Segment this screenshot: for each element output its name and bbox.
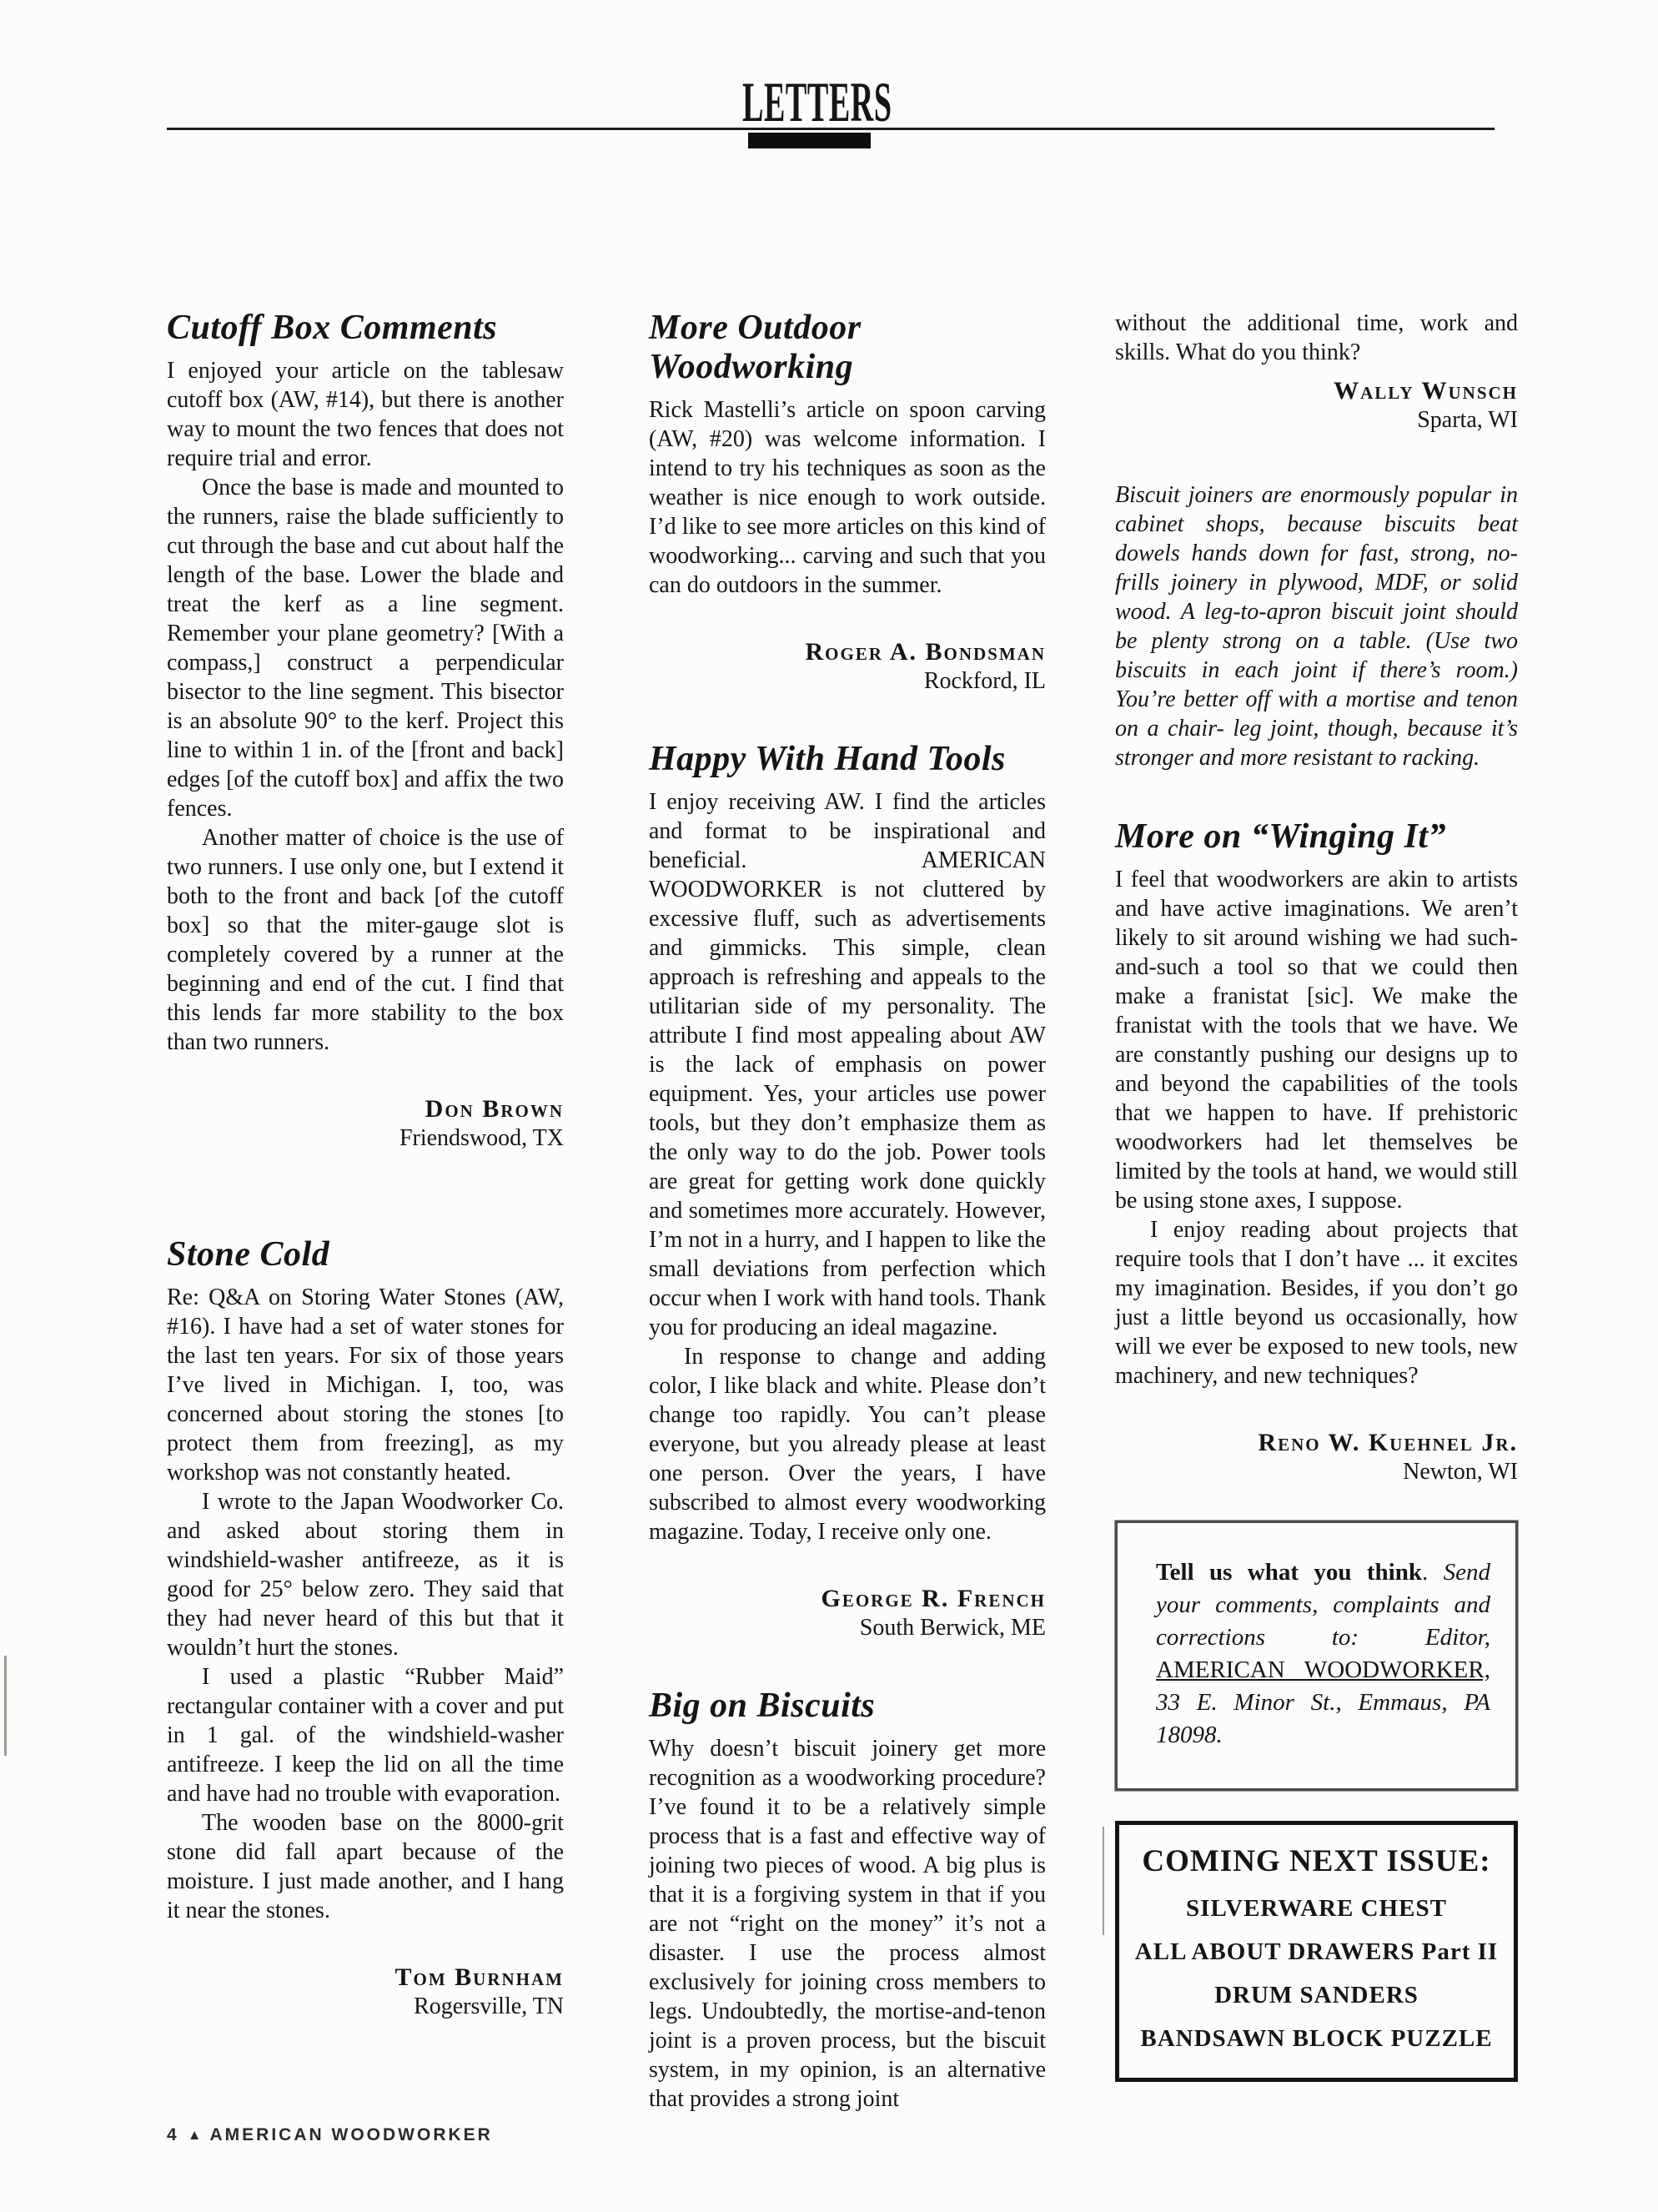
letter-paragraph: Rick Mastelli’s article on spoon carving… bbox=[649, 395, 1046, 600]
feedback-text: Tell us what you think. Send your commen… bbox=[1156, 1556, 1490, 1752]
letter-paragraph: In response to change and adding color, … bbox=[649, 1342, 1046, 1546]
letter-heading: Happy With Hand Tools bbox=[649, 740, 1046, 779]
letter-paragraph: Another matter of choice is the use of t… bbox=[167, 823, 564, 1057]
byline-name: Wally Wunsch bbox=[1115, 377, 1518, 405]
feedback-text-segment: AMERICAN WOODWORKER, bbox=[1156, 1656, 1490, 1683]
byline-city: South Berwick, ME bbox=[649, 1615, 1046, 1641]
column-1: Cutoff Box CommentsI enjoyed your articl… bbox=[167, 309, 564, 2020]
triangle-icon: ▲ bbox=[188, 2127, 202, 2144]
letter-paragraph: I enjoyed your article on the tablesaw c… bbox=[167, 356, 564, 473]
coming-next-issue-item: SILVERWARE CHEST bbox=[1126, 1895, 1507, 1923]
coming-next-issue-box: COMING NEXT ISSUE:SILVERWARE CHESTALL AB… bbox=[1115, 1821, 1518, 2082]
page-number: 4 bbox=[167, 2125, 179, 2145]
letter-paragraph: without the additional time, work and sk… bbox=[1115, 309, 1518, 367]
editor-reply: Biscuit joiners are enormously popular i… bbox=[1115, 480, 1518, 772]
letter-paragraph: I wrote to the Japan Woodworker Co. and … bbox=[167, 1487, 564, 1662]
header-rule bbox=[167, 128, 1495, 130]
byline-city: Rockford, IL bbox=[649, 668, 1046, 695]
byline-name: Roger A. Bondsman bbox=[649, 638, 1046, 666]
letter-heading: More Outdoor Woodworking bbox=[649, 309, 1046, 387]
feedback-box: Tell us what you think. Send your commen… bbox=[1115, 1521, 1518, 1791]
letter-paragraph: I feel that woodworkers are akin to arti… bbox=[1115, 865, 1518, 1215]
letter-heading: More on “Winging It” bbox=[1115, 817, 1518, 857]
byline-name: Reno W. Kuehnel Jr. bbox=[1115, 1429, 1518, 1457]
byline: George R. FrenchSouth Berwick, ME bbox=[649, 1585, 1046, 1641]
letter-paragraph: Re: Q&A on Storing Water Stones (AW, #16… bbox=[167, 1283, 564, 1487]
feedback-text-segment: . bbox=[1422, 1559, 1444, 1586]
byline-name: Don Brown bbox=[167, 1095, 564, 1124]
column-2: More Outdoor WoodworkingRick Mastelli’s … bbox=[649, 309, 1046, 2114]
byline-city: Friendswood, TX bbox=[167, 1125, 564, 1152]
scan-artifact-line bbox=[1103, 1827, 1104, 1935]
page-footer: 4 ▲ AMERICAN WOODWORKER bbox=[167, 2125, 493, 2145]
page-title: LETTERS bbox=[742, 73, 892, 130]
byline-name: George R. French bbox=[649, 1585, 1046, 1613]
letter-paragraph: I used a plastic “Rubber Maid” rectangul… bbox=[167, 1662, 564, 1808]
byline: Don BrownFriendswood, TX bbox=[167, 1095, 564, 1152]
letter-paragraph: I enjoy receiving AW. I find the article… bbox=[649, 787, 1046, 1342]
coming-next-issue-item: DRUM SANDERS bbox=[1126, 1982, 1507, 2009]
letter-paragraph: Once the base is made and mounted to the… bbox=[167, 473, 564, 823]
byline-name: Tom Burnham bbox=[167, 1963, 564, 1992]
letter-paragraph: Why doesn’t biscuit joinery get more rec… bbox=[649, 1734, 1046, 2114]
coming-next-issue-item: BANDSAWN BLOCK PUZZLE bbox=[1126, 2025, 1507, 2053]
byline: Wally WunschSparta, WI bbox=[1115, 377, 1518, 434]
letter-paragraph: I enjoy reading about projects that requ… bbox=[1115, 1215, 1518, 1390]
magazine-page: LETTERS Cutoff Box CommentsI enjoyed you… bbox=[0, 0, 1658, 2212]
letter-paragraph: The wooden base on the 8000-grit stone d… bbox=[167, 1808, 564, 1925]
column-3: without the additional time, work and sk… bbox=[1115, 309, 1518, 2082]
byline: Tom BurnhamRogersville, TN bbox=[167, 1963, 564, 2020]
coming-next-issue-title: COMING NEXT ISSUE: bbox=[1126, 1843, 1507, 1879]
byline: Reno W. Kuehnel Jr.Newton, WI bbox=[1115, 1429, 1518, 1486]
byline: Roger A. BondsmanRockford, IL bbox=[649, 638, 1046, 695]
letter-heading: Stone Cold bbox=[167, 1235, 564, 1274]
byline-city: Newton, WI bbox=[1115, 1459, 1518, 1486]
magazine-name: AMERICAN WOODWORKER bbox=[210, 2125, 493, 2145]
byline-city: Sparta, WI bbox=[1115, 407, 1518, 434]
feedback-text-segment: Tell us what you think bbox=[1156, 1559, 1422, 1586]
byline-city: Rogersville, TN bbox=[167, 1993, 564, 2020]
scan-artifact-line bbox=[4, 1656, 7, 1756]
feedback-text-segment: 33 E. Minor St., Emmaus, PA 18098. bbox=[1156, 1689, 1490, 1748]
header-black-bar bbox=[748, 133, 871, 148]
coming-next-issue-item: ALL ABOUT DRAWERS Part II bbox=[1126, 1938, 1507, 1966]
letter-heading: Cutoff Box Comments bbox=[167, 309, 564, 348]
letter-heading: Big on Biscuits bbox=[649, 1687, 1046, 1726]
